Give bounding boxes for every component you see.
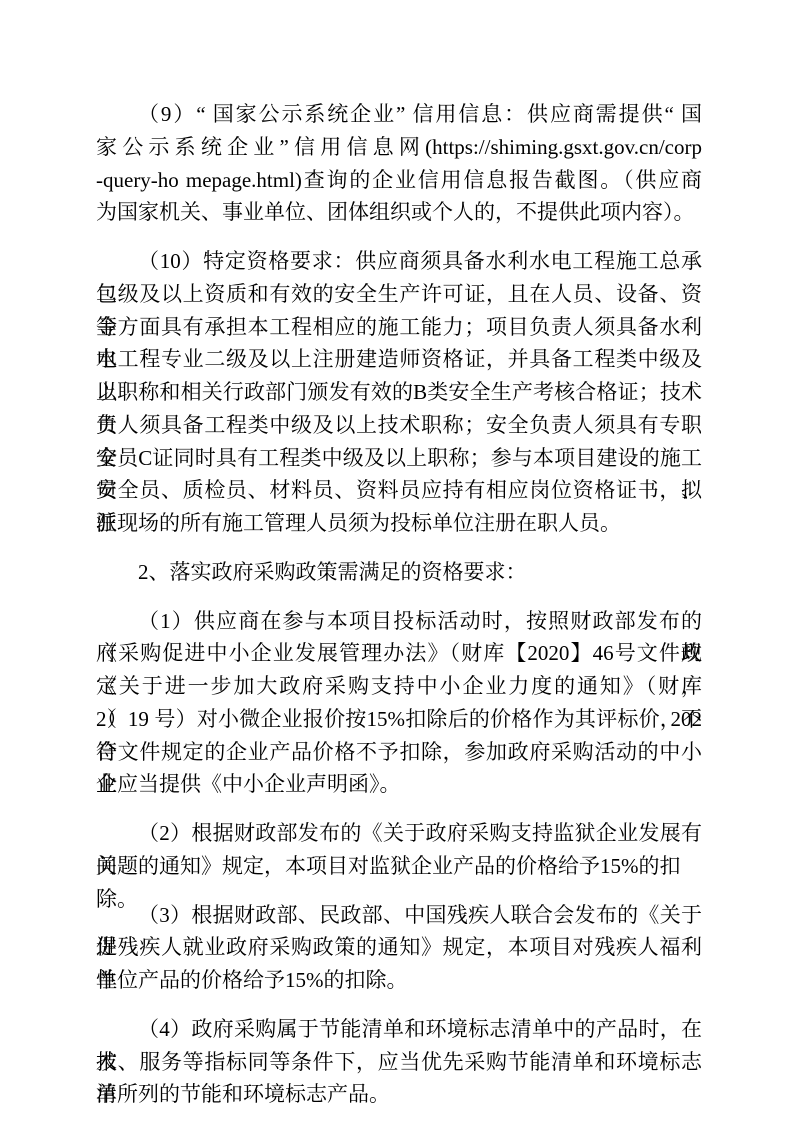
text-line: 全员C证同时具有工程类中级及以上职称；参与本项目建设的施工员、: [96, 442, 702, 475]
text-line: （10）特定资格要求：供应商须具备水利水电工程施工总承包: [96, 245, 702, 278]
document-page: （9）“ 国家公示系统企业” 信用信息：供应商需提供“ 国 家公示系统企业”信用…: [0, 0, 794, 1123]
text-line: 业应当提供《中小企业声明函》。: [96, 768, 702, 801]
text-line: （9）“ 国家公示系统企业” 信用信息：供应商需提供“ 国: [96, 98, 702, 131]
text-line: （4）政府采购属于节能清单和环境标志清单中的产品时，在技: [96, 1013, 702, 1046]
text-line: 《关于进一步加大政府采购支持中小企业力度的通知》（财库（202: [96, 670, 702, 703]
text-line: 府采购促进中小企业发展管理办法》（财库【2020】46号文件规定，: [96, 637, 702, 670]
text-line: 家公示系统企业”信用信息网(https://shiming.gsxt.gov.c…: [96, 131, 702, 164]
text-line: 问题的通知》规定，本项目对监狱企业产品的价格给予15%的扣除。: [96, 850, 702, 883]
text-line: 上职称和相关行政部门颁发有效的B类安全生产考核合格证；技术负: [96, 376, 702, 409]
document-body: （9）“ 国家公示系统企业” 信用信息：供应商需提供“ 国 家公示系统企业”信用…: [96, 98, 702, 1123]
text-line: （2）根据财政部发布的《关于政府采购支持监狱企业发展有关: [96, 817, 702, 850]
text-line: （1）供应商在参与本项目投标活动时，按照财政部发布的《政: [96, 605, 702, 638]
text-line: 为国家机关、事业单位、团体组织或个人的，不提供此项内容）。: [96, 196, 702, 229]
text-line: 驻现场的所有施工管理人员须为投标单位注册在职人员。: [96, 507, 702, 540]
text-line: 等方面具有承担本工程相应的施工能力；项目负责人须具备水利水: [96, 311, 702, 344]
text-line: （3）根据财政部、民政部、中国残疾人联合会发布的《关于促: [96, 899, 702, 932]
text-line: -query-ho mepage.html)查询的企业信用信息报告截图。（供应商: [96, 164, 702, 197]
text-line: 责人须具备工程类中级及以上技术职称；安全负责人须具有专职安: [96, 409, 702, 442]
text-line: 术、服务等指标同等条件下，应当优先采购节能清单和环境标志清: [96, 1046, 702, 1079]
text-line: 电工程专业二级及以上注册建造师资格证，并具备工程类中级及以: [96, 343, 702, 376]
text-line: 二级及以上资质和有效的安全生产许可证，且在人员、设备、资金: [96, 278, 702, 311]
text-line: 进残疾人就业政府采购政策的通知》规定，本项目对残疾人福利性: [96, 931, 702, 964]
text-line: 2）19 号）对小微企业报价按15%扣除后的价格作为其评标价，不符: [96, 703, 702, 736]
text-line: 单所列的节能和环境标志产品。: [96, 1078, 702, 1111]
text-line: 单位产品的价格给予15%的扣除。: [96, 964, 702, 997]
text-line: 2、落实政府采购政策需满足的资格要求：: [96, 556, 702, 589]
text-line: 安全员、质检员、材料员、资料员应持有相应岗位资格证书，拟派: [96, 474, 702, 507]
text-line: 合文件规定的企业产品价格不予扣除，参加政府采购活动的中小企: [96, 736, 702, 769]
